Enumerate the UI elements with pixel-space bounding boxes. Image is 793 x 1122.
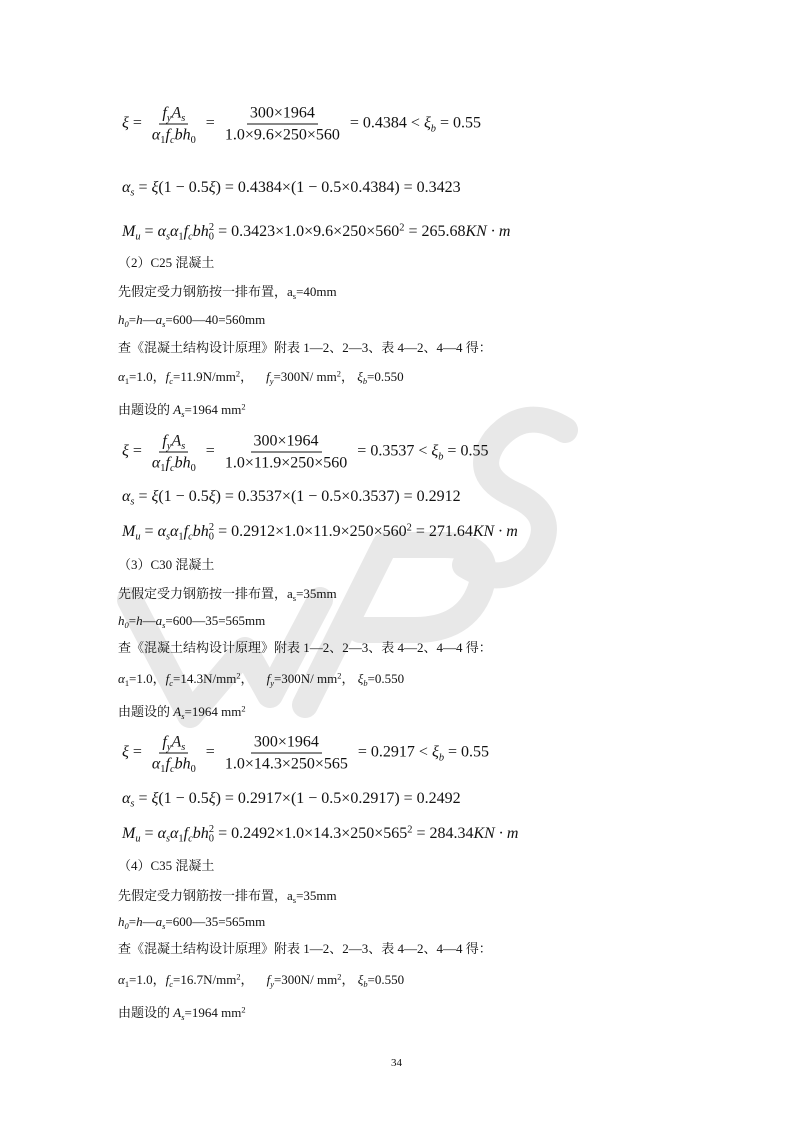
section-heading-c25: （2）C25 混凝土 bbox=[118, 255, 214, 271]
section-heading-c35: （4）C35 混凝土 bbox=[118, 858, 214, 874]
alpha-s-equation-c30: αs = ξ(1 − 0.5ξ) = 0.2917×(1 − 0.5×0.291… bbox=[122, 789, 461, 809]
params-line-c35: α1=1.0，fc=16.7N/mm2， fy=300N/ mm2， ξb=0.… bbox=[118, 972, 404, 988]
assume-line-c35: 先假定受力钢筋按一排布置，as=35mm bbox=[118, 888, 337, 904]
lookup-line-c25: 查《混凝土结构设计原理》附表 1—2、2—3、表 4—2、4—4 得： bbox=[118, 340, 492, 356]
section-heading-c30: （3）C30 混凝土 bbox=[118, 557, 214, 573]
xi-equation-c30: ξ = fyAs α1fcbh0 = 300×1964 1.0×14.3×250… bbox=[122, 733, 489, 774]
alpha-s-equation-c25: αs = ξ(1 − 0.5ξ) = 0.3537×(1 − 0.5×0.353… bbox=[122, 487, 461, 507]
xi-equation-c25: ξ = fyAs α1fcbh0 = 300×1964 1.0×11.9×250… bbox=[122, 432, 488, 473]
assume-line-c25: 先假定受力钢筋按一排布置，as=40mm bbox=[118, 284, 337, 300]
mu-equation-c30: Mu = αsα1fcbh02 = 0.2492×1.0×14.3×250×56… bbox=[122, 824, 518, 844]
document-page: ξ = fyAs α1fcbh0 = 300×1964 1.0×9.6×250×… bbox=[0, 0, 793, 1122]
h0-line-c25: h0=h—as=600—40=560mm bbox=[118, 312, 265, 328]
mu-equation-c25: Mu = αsα1fcbh02 = 0.2912×1.0×11.9×250×56… bbox=[122, 522, 518, 542]
lookup-line-c35: 查《混凝土结构设计原理》附表 1—2、2—3、表 4—2、4—4 得： bbox=[118, 941, 492, 957]
params-line-c30: α1=1.0，fc=14.3N/mm2， fy=300N/ mm2， ξb=0.… bbox=[118, 671, 404, 687]
params-line-c25: α1=1.0，fc=11.9N/mm2， fy=300N/ mm2， ξb=0.… bbox=[118, 369, 404, 385]
page-number: 34 bbox=[0, 1057, 793, 1069]
xi-equation-c20: ξ = fyAs α1fcbh0 = 300×1964 1.0×9.6×250×… bbox=[122, 104, 481, 145]
given-line-c35: 由题设的 As=1964 mm2 bbox=[118, 1005, 246, 1021]
fraction-fyAs: fyAs α1fcbh0 bbox=[149, 104, 199, 145]
h0-line-c35: h0=h—as=600—35=565mm bbox=[118, 914, 265, 930]
lookup-line-c30: 查《混凝土结构设计原理》附表 1—2、2—3、表 4—2、4—4 得： bbox=[118, 640, 492, 656]
alpha-s-equation-c20: αs = ξ(1 − 0.5ξ) = 0.4384×(1 − 0.5×0.438… bbox=[122, 178, 461, 198]
h0-line-c30: h0=h—as=600—35=565mm bbox=[118, 613, 265, 629]
given-line-c30: 由题设的 As=1964 mm2 bbox=[118, 704, 246, 720]
assume-line-c30: 先假定受力钢筋按一排布置，as=35mm bbox=[118, 586, 337, 602]
given-line-c25: 由题设的 As=1964 mm2 bbox=[118, 402, 246, 418]
fraction-values: 300×1964 1.0×9.6×250×560 bbox=[222, 104, 343, 145]
mu-equation-c20: Mu = αsα1fcbh02 = 0.3423×1.0×9.6×250×560… bbox=[122, 222, 510, 242]
